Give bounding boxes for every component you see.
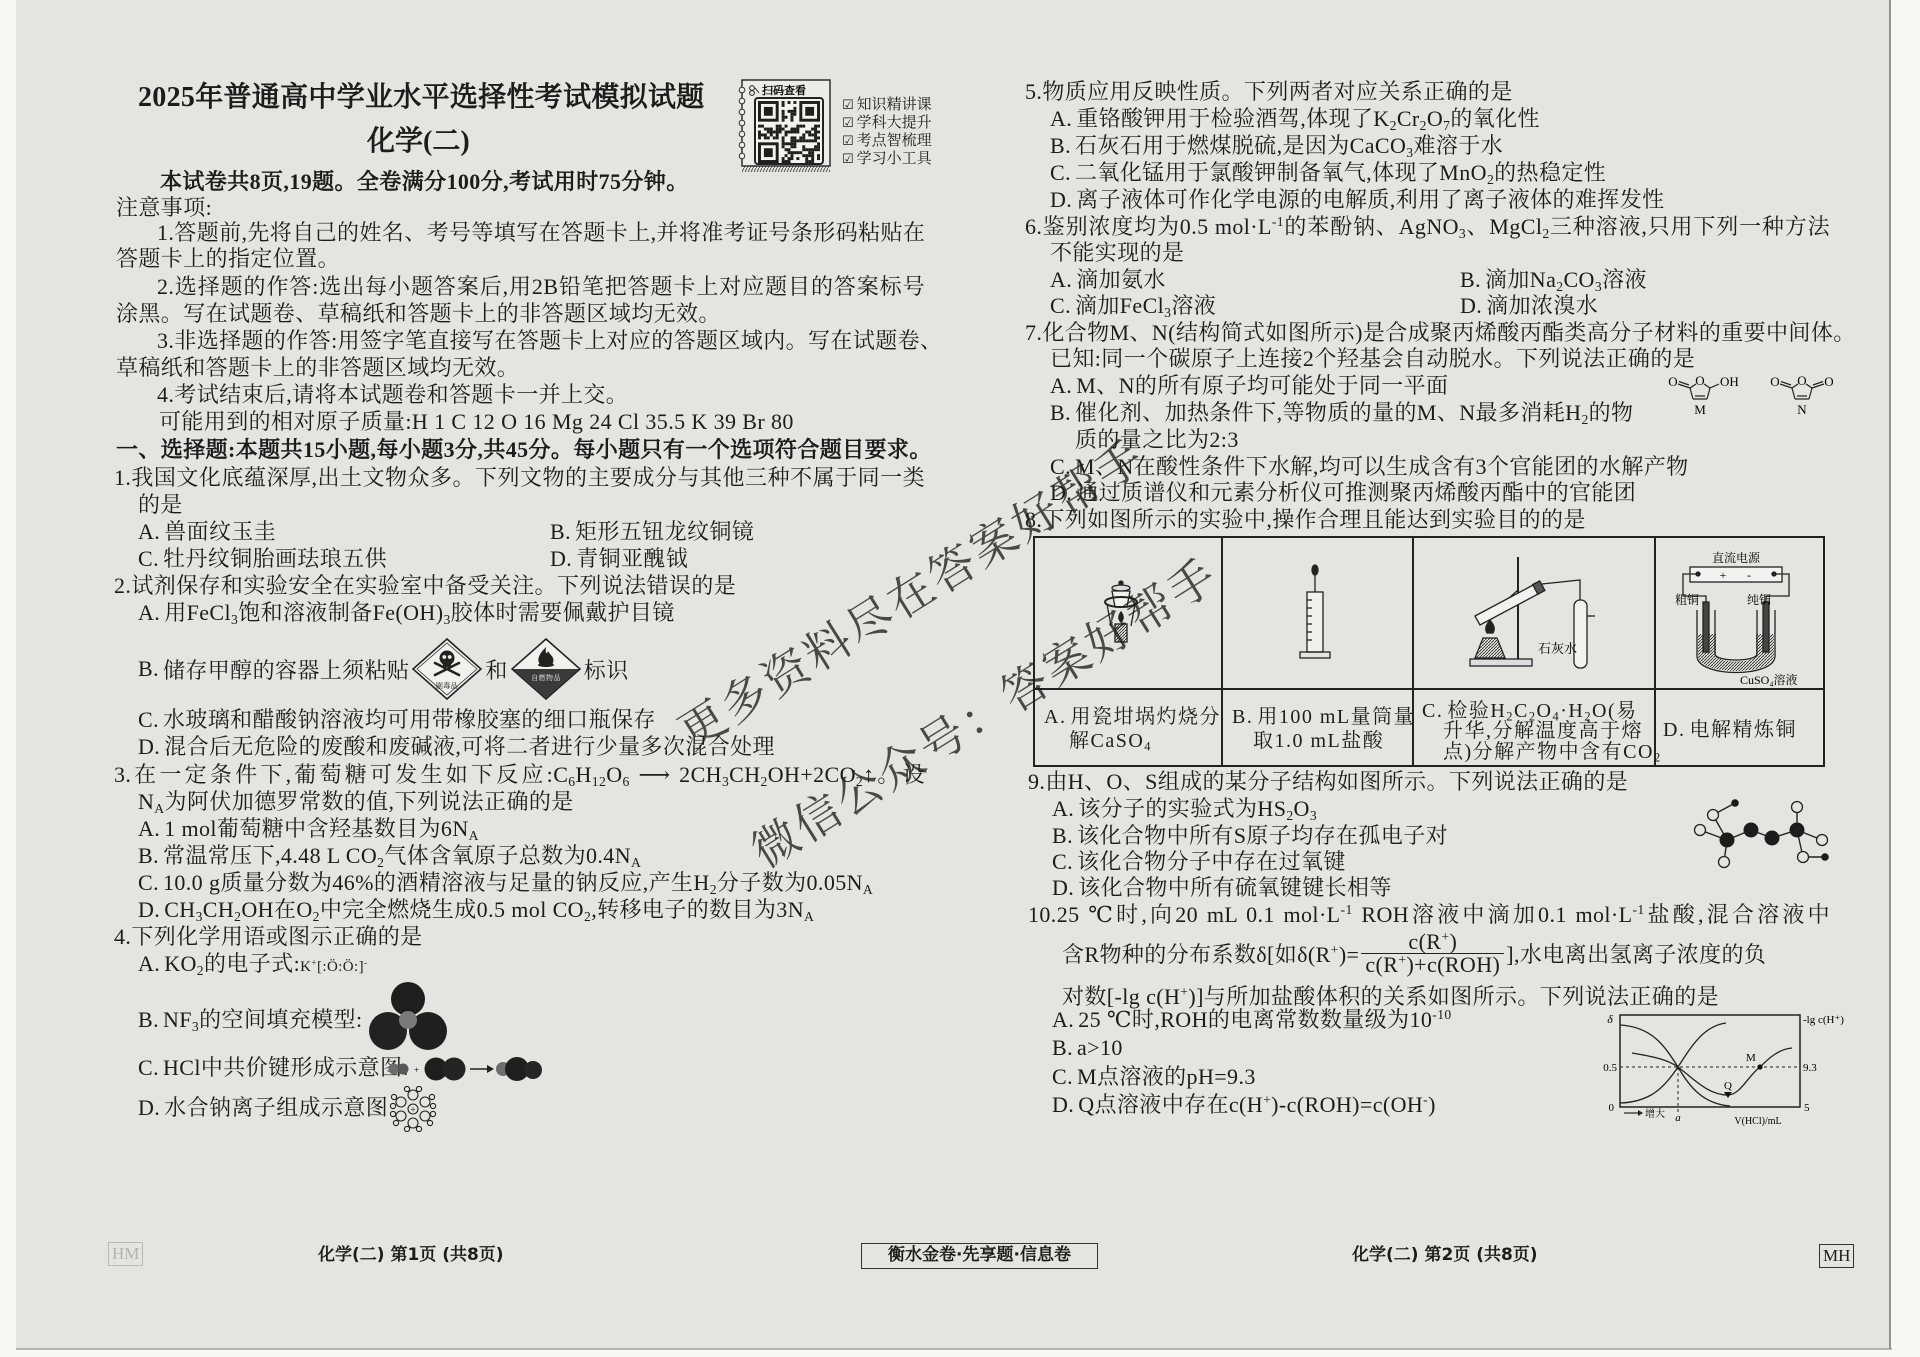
option-label: B. bbox=[138, 656, 159, 682]
note-line: 涂黑。写在试题卷、草稿纸和答题卡上的非答题区域均无效。 bbox=[116, 300, 721, 328]
svg-text:+: + bbox=[414, 1065, 419, 1075]
q5-option-c: C.二氧化锰用于氯酸钾制备氧气,体现了MnO2的热稳定性 bbox=[1050, 159, 1606, 187]
q8-cell-d: D.电解精炼铜 bbox=[1663, 718, 1797, 742]
q9-option-b: B.该化合物中所有S原子均存在孤电子对 bbox=[1052, 822, 1448, 850]
option-text: 青铜亚醜钺 bbox=[576, 546, 688, 571]
option-label: C. bbox=[1052, 1064, 1073, 1089]
graduated-cylinder-icon bbox=[1300, 565, 1330, 658]
sulfur-oxyacid-molecule-icon bbox=[1688, 798, 1840, 876]
q3-stem-cont: NA为阿伏加德罗常数的值,下列说法正确的是 bbox=[138, 788, 574, 816]
option-text: HCl中共价键形成示意图: bbox=[163, 1055, 409, 1080]
option-label: A. bbox=[138, 816, 160, 841]
option-label: B. bbox=[1052, 823, 1073, 848]
q1-option-d: D.青铜亚醜钺 bbox=[550, 545, 688, 573]
hcl-bond-formation-icon: + bbox=[386, 1054, 554, 1084]
option-text: 水玻璃和醋酸钠溶液均可用带橡胶塞的细口瓶保存 bbox=[163, 707, 656, 732]
option-label: B. bbox=[1050, 133, 1071, 158]
option-text: 离子液体可作化学电源的电解质,利用了离子液体的难挥发性 bbox=[1076, 187, 1664, 212]
option-label: D. bbox=[138, 1095, 160, 1120]
svg-text:O: O bbox=[1824, 374, 1833, 389]
hydrated-sodium-ion-icon: + bbox=[386, 1086, 440, 1132]
q4-option-c: C.HCl中共价键形成示意图: bbox=[138, 1054, 409, 1082]
y-right-axis-label: -lg c(H⁺) bbox=[1803, 1014, 1844, 1026]
option-label: B. bbox=[1050, 400, 1071, 425]
option-label: D. bbox=[1050, 187, 1072, 212]
svg-text:O: O bbox=[1668, 374, 1677, 389]
q3-option-a: A.1 mol葡萄糖中含羟基数目为6NA bbox=[138, 815, 479, 843]
option-text: 二氧化锰用于氯酸钾制备氧气,体现了MnO2的热稳定性 bbox=[1075, 160, 1606, 185]
point-q-label: Q bbox=[1724, 1080, 1732, 1092]
option-text: 25 ℃时,ROH的电离常数数量级为10-10 bbox=[1078, 1007, 1451, 1032]
note-line: 3.非选择题的作答:用签字笔直接写在答题卡上对应的答题区域内。写在试题卷、 bbox=[157, 327, 925, 355]
svg-text:+: + bbox=[410, 1105, 415, 1115]
q10-stem: 10.25 ℃时,向20 mL 0.1 mol·L-1 ROH溶液中滴加0.1 … bbox=[1028, 901, 1830, 929]
option-text: M点溶液的pH=9.3 bbox=[1077, 1064, 1256, 1089]
q3-stem: 3.在一定条件下,葡萄糖可发生如下反应:C6H12O6 ⟶ 2CH3CH2OH+… bbox=[114, 761, 925, 789]
svg-text:O: O bbox=[1797, 373, 1806, 388]
q1-option-a: A.兽面纹玉圭 bbox=[138, 518, 276, 546]
option-label: C. bbox=[1052, 849, 1073, 874]
fraction-denominator: c(R+)+c(ROH) bbox=[1361, 953, 1504, 976]
option-text: KO2的电子式: bbox=[164, 951, 300, 976]
option-text: 用FeCl3饱和溶液制备Fe(OH)3胶体时需要佩戴护目镜 bbox=[164, 600, 674, 625]
neg-lg-h-curve bbox=[1632, 1048, 1792, 1095]
point-m-label: M bbox=[1746, 1052, 1756, 1064]
option-text: NF3的空间填充模型: bbox=[163, 1007, 362, 1032]
left-print-code: HM bbox=[108, 1242, 143, 1266]
option-label: C. bbox=[1050, 293, 1071, 318]
cuso4-solution-label: CuSO₄溶液 bbox=[1740, 672, 1798, 687]
q3-option-d: D.CH3CH2OH在O2中完全燃烧生成0.5 mol CO2,转移电子的数目为… bbox=[138, 896, 814, 924]
q10-option-b: B.a>10 bbox=[1052, 1034, 1123, 1062]
q7-option-a: A.M、N的所有原子均可能处于同一平面 bbox=[1050, 372, 1448, 400]
option-label: B. bbox=[138, 843, 159, 868]
q10-option-d: D.Q点溶液中存在c(H+)-c(ROH)=c(OH-) bbox=[1052, 1091, 1436, 1119]
q1-stem-cont: 的是 bbox=[138, 491, 183, 519]
question-number: 1. bbox=[114, 465, 131, 490]
option-text: 通过质谱仪和元素分析仪可推测聚丙烯酸丙酯中的官能团 bbox=[1076, 480, 1636, 505]
option-label: C. bbox=[138, 870, 159, 895]
option-label: D. bbox=[550, 546, 572, 571]
q7-stem-cont: 已知:同一个碳原子上连接2个羟基会自动脱水。下列说法正确的是 bbox=[1050, 345, 1695, 373]
option-label: A. bbox=[138, 951, 160, 976]
question-number: 3. bbox=[114, 762, 131, 787]
q4-stem: 4.下列化学用语或图示正确的是 bbox=[114, 923, 423, 951]
option-text: 兽面纹玉圭 bbox=[164, 519, 276, 544]
option-text: 牡丹纹铜胎画珐琅五供 bbox=[163, 546, 387, 571]
checkbox-icon: ☑ bbox=[842, 98, 854, 113]
option-text: 滴加浓溴水 bbox=[1486, 293, 1598, 318]
crude-copper-label: 粗铜 bbox=[1675, 592, 1699, 607]
q6-option-d: D.滴加浓溴水 bbox=[1460, 292, 1598, 320]
q9-option-a: A.该分子的实验式为HS2O3 bbox=[1052, 795, 1317, 823]
q10-titration-graph: δ -lg c(H⁺) 0.5 0 9.3 5 增大 a V(HCl)/mL M… bbox=[1580, 1000, 1870, 1130]
qr-feature-item: ☑学科大提升 bbox=[842, 113, 932, 133]
subject-title: 化学(二) bbox=[367, 124, 470, 160]
note-line: 4.考试结束后,请将本试题卷和答题卡一并上交。 bbox=[157, 381, 628, 409]
q7-structure-figure: O O OH M O O O N bbox=[1660, 372, 1842, 418]
left-page-number: 化学(二) 第1页 (共8页) bbox=[318, 1242, 504, 1268]
option-text: Q点溶液中存在c(H+)-c(ROH)=c(OH-) bbox=[1078, 1092, 1436, 1117]
hazard-label-text: 自燃物品 bbox=[531, 673, 561, 682]
y-left-axis-label: δ bbox=[1607, 1012, 1613, 1026]
option-label: A. bbox=[1052, 1007, 1074, 1032]
x-axis-label: V(HCl)/mL bbox=[1734, 1116, 1781, 1127]
option-label: D. bbox=[1460, 293, 1482, 318]
q5-option-d: D.离子液体可作化学电源的电解质,利用了离子液体的难挥发性 bbox=[1050, 186, 1665, 214]
q9-option-d: D.该化合物中所有硫氧键键长相等 bbox=[1052, 874, 1392, 902]
q7-stem: 7.化合物M、N(结构简式如图所示)是合成聚丙烯酸丙酯类高分子材料的重要中间体。 bbox=[1025, 319, 1840, 347]
q6-stem-cont: 不能实现的是 bbox=[1050, 239, 1184, 267]
q9-option-c: C.该化合物分子中存在过氧键 bbox=[1052, 848, 1346, 876]
qr-feature-item: ☑考点智梳理 bbox=[842, 131, 932, 151]
question-number: 2. bbox=[114, 573, 131, 598]
q1-option-c: C.牡丹纹铜胎画珐琅五供 bbox=[138, 545, 387, 573]
section-heading: 一、选择题:本题共15小题,每小题3分,共45分。每小题只有一个选项符合题目要求… bbox=[116, 436, 925, 464]
q2-option-c: C.水玻璃和醋酸钠溶液均可用带橡胶塞的细口瓶保存 bbox=[138, 706, 656, 734]
option-label: D. bbox=[1052, 1092, 1074, 1117]
question-number: 5. bbox=[1025, 79, 1042, 104]
point-m-marker bbox=[1757, 1064, 1762, 1069]
paper-edge-bottom bbox=[16, 1348, 1892, 1350]
svg-text:OH: OH bbox=[1720, 374, 1739, 389]
q1-option-b: B.矩形五钮龙纹铜镜 bbox=[550, 518, 754, 546]
flame-hazard-icon: 自燃物品 bbox=[511, 638, 581, 700]
option-text: 石灰石用于燃煤脱硫,是因为CaCO3难溶于水 bbox=[1075, 133, 1503, 158]
option-text-end: 标识 bbox=[584, 654, 629, 685]
note-line: 2.选择题的作答:选出每小题答案后,用2B铅笔把答题卡上对应题目的答案标号 bbox=[157, 273, 925, 301]
q2-option-b: B. 储存甲醇的容器上须粘贴 剧毒品 和 自燃物品 标识 bbox=[138, 636, 629, 702]
option-label: B. bbox=[1052, 1035, 1073, 1060]
electrolysis-cell-icon bbox=[1683, 567, 1789, 673]
option-text: 该化合物中所有硫氧键键长相等 bbox=[1078, 875, 1392, 900]
notes-title: 注意事项: bbox=[116, 194, 212, 222]
publisher-brand: 衡水金卷·先享题·信息卷 bbox=[861, 1243, 1098, 1269]
q6-option-c: C.滴加FeCl3溶液 bbox=[1050, 292, 1216, 320]
checkbox-icon: ☑ bbox=[842, 116, 854, 131]
distribution-fraction: c(R+) c(R+)+c(ROH) bbox=[1361, 931, 1504, 976]
svg-text:O: O bbox=[1770, 374, 1779, 389]
option-text: 该化合物中所有S原子均存在孤电子对 bbox=[1077, 823, 1448, 848]
power-supply-label: 直流电源 bbox=[1712, 550, 1761, 565]
negative-terminal: - bbox=[1747, 568, 1751, 582]
label-m: M bbox=[1694, 402, 1706, 417]
option-label: A. bbox=[1050, 106, 1072, 131]
option-text: 该分子的实验式为HS2O3 bbox=[1078, 796, 1317, 821]
y-right-tick: 9.3 bbox=[1803, 1062, 1817, 1074]
option-text: 常温常压下,4.48 L CO2气体含氧原子总数为0.4NA bbox=[163, 843, 641, 868]
option-label: C. bbox=[138, 1055, 159, 1080]
option-label: A. bbox=[1050, 267, 1072, 292]
atomic-masses: 可能用到的相对原子质量:H 1 C 12 O 16 Mg 24 Cl 35.5 … bbox=[159, 408, 794, 436]
option-label: B. bbox=[550, 519, 571, 544]
option-text: 滴加FeCl3溶液 bbox=[1075, 293, 1216, 318]
q8-cell-c-cont: 点)分解产物中含有CO2 bbox=[1443, 740, 1662, 764]
qr-code-card: 扫码查看 bbox=[738, 78, 834, 174]
q5-option-b: B.石灰石用于燃煤脱硫,是因为CaCO3难溶于水 bbox=[1050, 132, 1503, 160]
q5-stem: 5.物质应用反映性质。下列两者对应关系正确的是 bbox=[1025, 78, 1513, 106]
fraction-numerator: c(R+) bbox=[1402, 931, 1463, 953]
q4-option-d: D.水合钠离子组成示意图: bbox=[138, 1094, 395, 1122]
option-label: D. bbox=[1052, 875, 1074, 900]
note-line: 草稿纸和答题卡上的非答题区域均无效。 bbox=[116, 354, 519, 382]
electron-formula: K+[:Ö:Ö:]- bbox=[300, 959, 367, 975]
question-number: 9. bbox=[1028, 769, 1045, 794]
q4-option-b: B.NF3的空间填充模型: bbox=[138, 1006, 362, 1034]
q4-option-a: A.KO2的电子式:K+[:Ö:Ö:]- bbox=[138, 950, 367, 978]
q10-stem-distribution-definition: 含R物种的分布系数δ[如δ(R+)= c(R+) c(R+)+c(ROH) ],… bbox=[1062, 930, 1766, 976]
option-label: D. bbox=[138, 734, 160, 759]
option-text: 滴加氨水 bbox=[1076, 267, 1166, 292]
checkbox-icon: ☑ bbox=[842, 152, 854, 167]
option-label: A. bbox=[1052, 796, 1074, 821]
note-line: 答题卡上的指定位置。 bbox=[116, 245, 340, 273]
q1-stem: 1.我国文化底蕴深厚,出土文物众多。下列文物的主要成分与其他三种不属于同一类 bbox=[114, 464, 925, 492]
toxic-skull-icon: 剧毒品 bbox=[412, 638, 482, 700]
x-direction-label: 增大 bbox=[1645, 1107, 1665, 1120]
option-text: 该化合物分子中存在过氧键 bbox=[1077, 849, 1346, 874]
option-label: A. bbox=[1050, 373, 1072, 398]
option-text: M、N的所有原子均可能处于同一平面 bbox=[1076, 373, 1448, 398]
positive-terminal: + bbox=[1720, 568, 1727, 582]
option-text: CH3CH2OH在O2中完全燃烧生成0.5 mol CO2,转移电子的数目为3N… bbox=[164, 897, 814, 922]
paper-edge-right bbox=[1889, 0, 1891, 1349]
nf3-space-filling-model-icon bbox=[366, 981, 452, 1053]
qr-code-icon bbox=[758, 101, 820, 163]
qr-feature-item: ☑知识精讲课 bbox=[842, 95, 932, 115]
y-left-tick: 0 bbox=[1609, 1102, 1615, 1114]
option-label: C. bbox=[138, 546, 159, 571]
option-label: C. bbox=[1050, 160, 1071, 185]
q8-cell-a-cont: 解CaSO4 bbox=[1069, 729, 1152, 753]
q2-option-a: A.用FeCl3饱和溶液制备Fe(OH)3胶体时需要佩戴护目镜 bbox=[138, 599, 675, 627]
option-text: 水合钠离子组成示意图: bbox=[164, 1095, 395, 1120]
note-line: 1.答题前,先将自己的姓名、考号等填写在答题卡上,并将准考证号条形码粘贴在 bbox=[157, 219, 925, 247]
qr-label: 扫码查看 bbox=[762, 83, 806, 97]
option-label: C. bbox=[138, 707, 159, 732]
q3-option-b: B.常温常压下,4.48 L CO2气体含氧原子总数为0.4NA bbox=[138, 842, 641, 870]
question-number: 10. bbox=[1028, 902, 1057, 927]
question-number: 7. bbox=[1025, 320, 1042, 345]
option-text: 矩形五钮龙纹铜镜 bbox=[575, 519, 754, 544]
q6-stem: 6.鉴别浓度均为0.5 mol·L-1的苯酚钠、AgNO3、MgCl2三种溶液,… bbox=[1025, 213, 1830, 241]
option-text-mid: 和 bbox=[485, 654, 507, 685]
q8-cell-a: A.用瓷坩埚灼烧分 bbox=[1044, 705, 1221, 729]
x-mark-a: a bbox=[1675, 1112, 1681, 1124]
option-text: 储存甲醇的容器上须粘贴 bbox=[163, 654, 409, 685]
svg-text:O: O bbox=[1695, 373, 1704, 388]
right-page-number: 化学(二) 第2页 (共8页) bbox=[1352, 1242, 1538, 1268]
q2-stem: 2.试剂保存和实验安全在实验室中备受关注。下列说法错误的是 bbox=[114, 572, 736, 600]
option-label: B. bbox=[1460, 267, 1481, 292]
hazard-label-text: 剧毒品 bbox=[436, 681, 458, 690]
exam-title: 2025年普通高中学业水平选择性考试模拟试题 bbox=[138, 80, 705, 116]
table-divider bbox=[1035, 688, 1823, 690]
q8-cell-b: B.用100 mL量筒量 bbox=[1232, 705, 1415, 729]
q6-option-a: A.滴加氨水 bbox=[1050, 266, 1166, 294]
q6-option-b: B.滴加Na2CO3溶液 bbox=[1460, 266, 1647, 294]
label-n: N bbox=[1797, 402, 1807, 417]
exam-summary: 本试卷共8页,19题。全卷满分100分,考试用时75分钟。 bbox=[160, 168, 689, 196]
option-label: A. bbox=[138, 600, 160, 625]
qr-feature-item: ☑学习小工具 bbox=[842, 149, 932, 169]
q8-cell-b-cont: 取1.0 mL盐酸 bbox=[1253, 729, 1384, 753]
y-left-tick: 0.5 bbox=[1603, 1062, 1617, 1074]
question-number: 4. bbox=[114, 924, 131, 949]
q8-stem: 8.下列如图所示的实验中,操作合理且能达到实验目的的是 bbox=[1025, 506, 1586, 534]
limewater-label: 石灰水 bbox=[1538, 641, 1577, 656]
pure-copper-label: 纯铜 bbox=[1747, 592, 1771, 607]
q5-option-a: A.重铬酸钾用于检验酒驾,体现了K2Cr2O7的氧化性 bbox=[1050, 105, 1540, 133]
option-label: A. bbox=[138, 519, 160, 544]
q10-option-c: C.M点溶液的pH=9.3 bbox=[1052, 1063, 1256, 1091]
right-print-code: MH bbox=[1819, 1244, 1854, 1268]
option-text: 重铬酸钾用于检验酒驾,体现了K2Cr2O7的氧化性 bbox=[1076, 106, 1540, 131]
option-text: 1 mol葡萄糖中含羟基数目为6NA bbox=[164, 816, 479, 841]
y-right-tick: 5 bbox=[1804, 1102, 1810, 1114]
question-number: 6. bbox=[1025, 214, 1042, 239]
q9-stem: 9.由H、O、S组成的某分子结构如图所示。下列说法正确的是 bbox=[1028, 768, 1628, 796]
option-text: a>10 bbox=[1077, 1035, 1123, 1060]
option-text: 滴加Na2CO3溶液 bbox=[1485, 267, 1647, 292]
option-label: B. bbox=[138, 1007, 159, 1032]
q10-option-a: A.25 ℃时,ROH的电离常数数量级为10-10 bbox=[1052, 1006, 1452, 1034]
option-label: D. bbox=[138, 897, 160, 922]
checkbox-icon: ☑ bbox=[842, 134, 854, 149]
